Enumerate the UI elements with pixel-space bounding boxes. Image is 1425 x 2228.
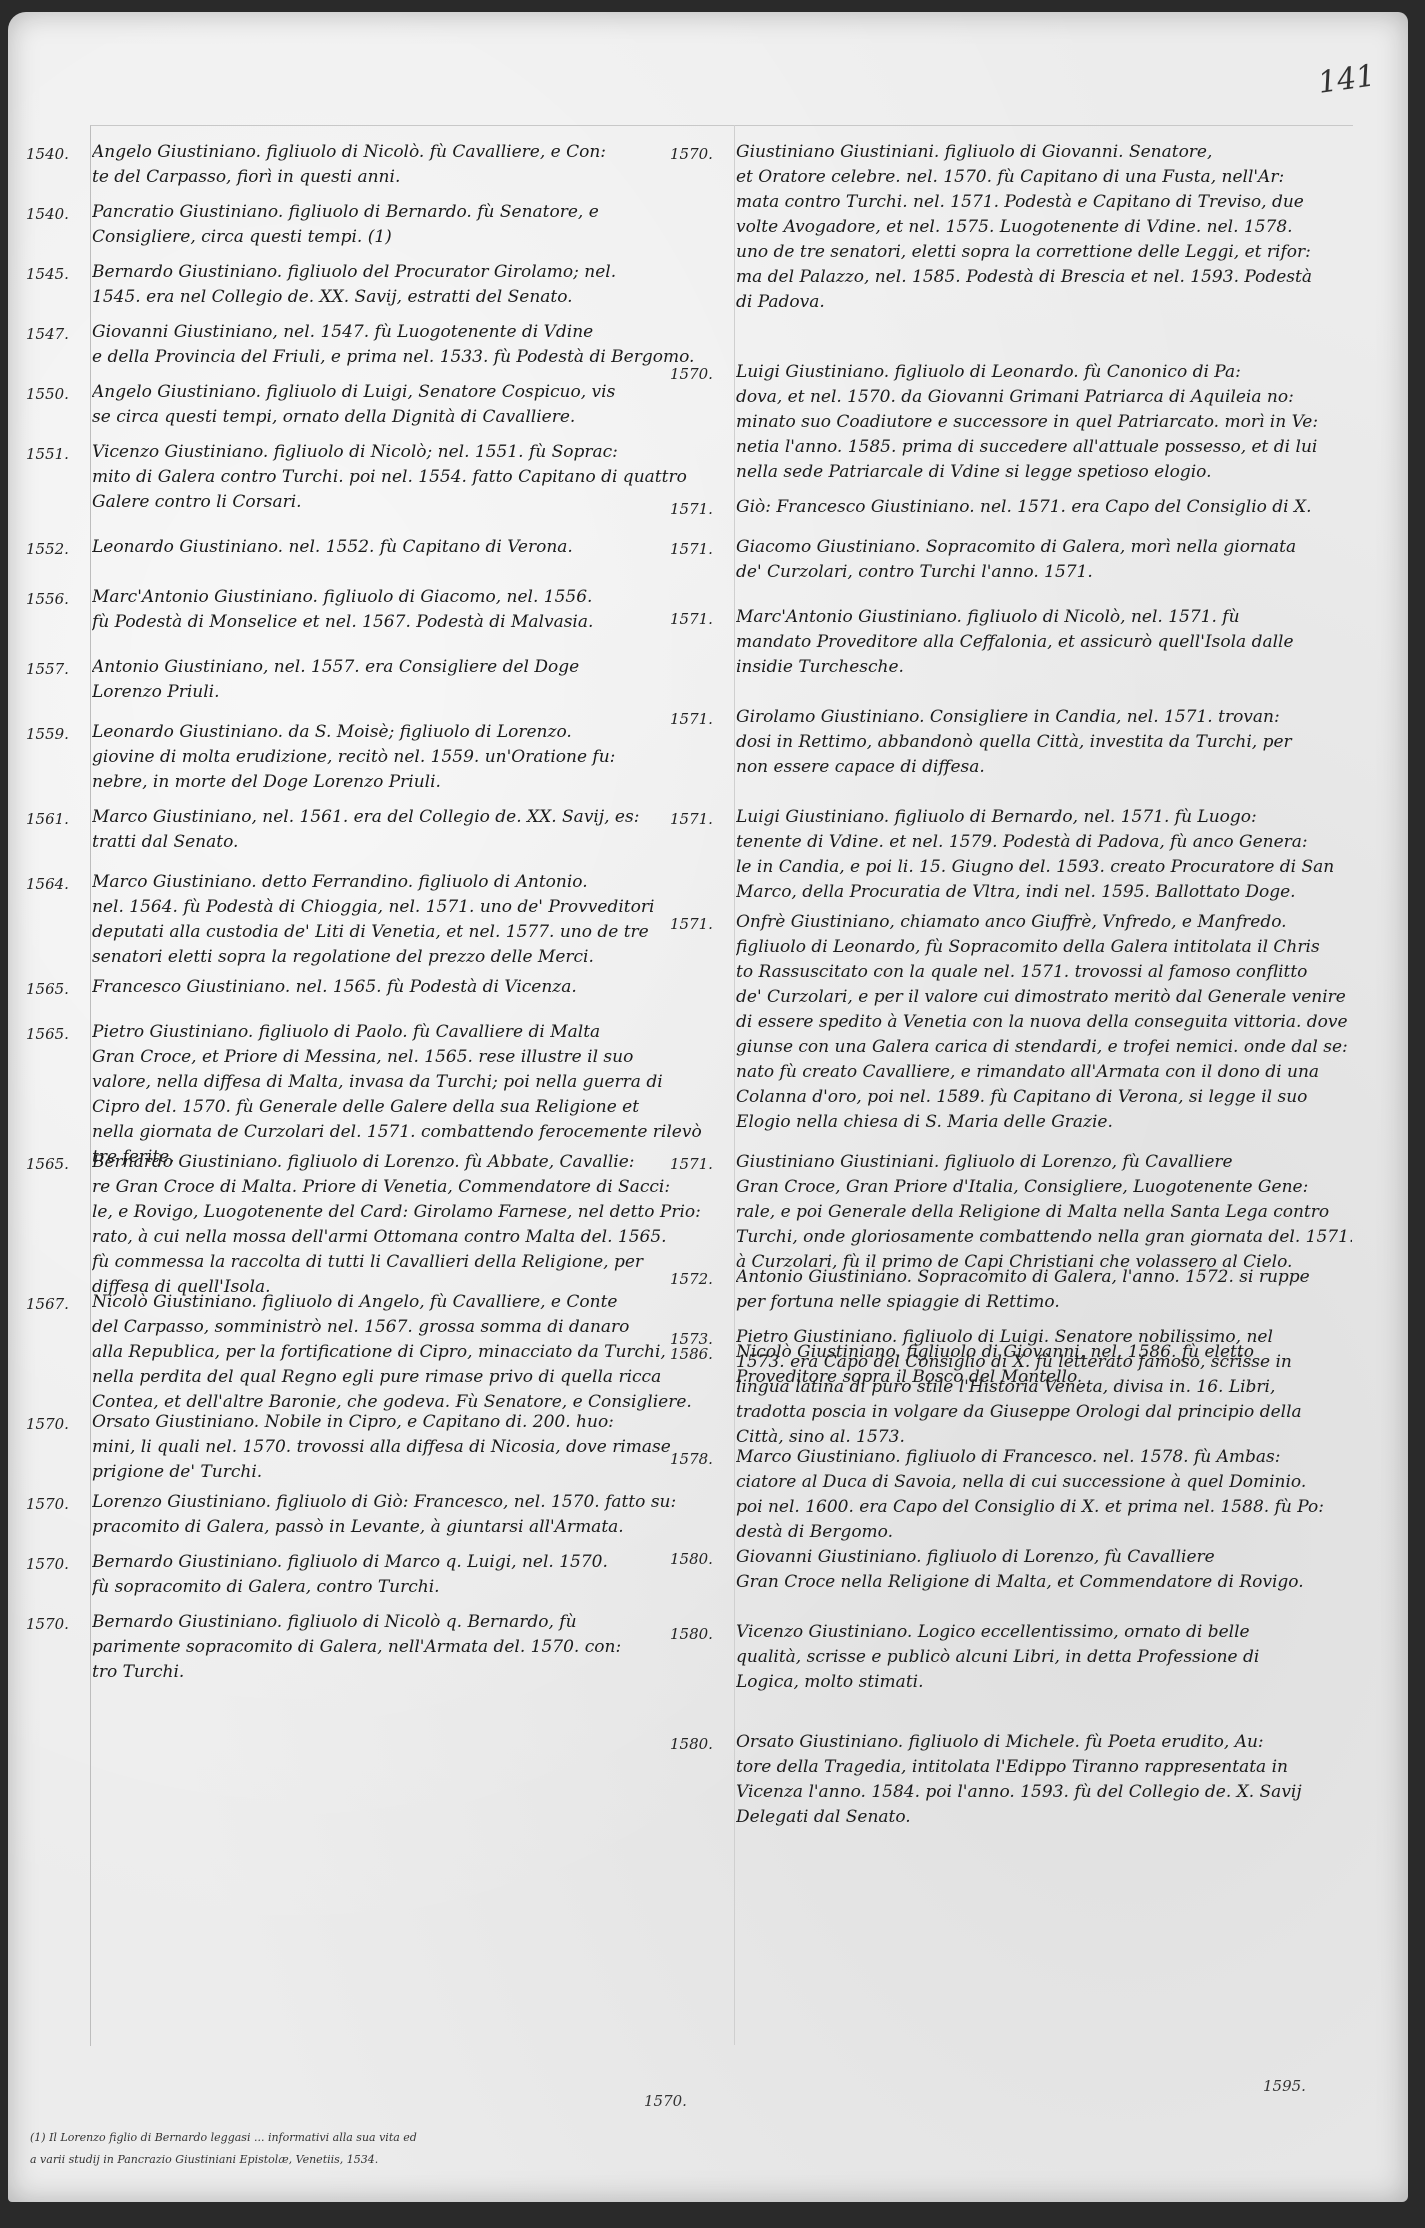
entry-year: 1571.	[670, 912, 734, 937]
entry-text: Bernardo Giustiniano. figliuolo del Proc…	[92, 260, 708, 310]
entry-line: tenente di Vdine. et nel. 1579. Podestà …	[736, 830, 1352, 855]
entry-text: Marco Giustiniano. detto Ferrandino. fig…	[92, 870, 708, 970]
entry-line: dova, et nel. 1570. da Giovanni Grimani …	[736, 385, 1352, 410]
bottom-mark-right: 1595.	[1263, 2077, 1306, 2095]
entry-year: 1550.	[26, 382, 90, 407]
entry-year: 1580.	[670, 1547, 734, 1572]
entry-text: Antonio Giustiniano, nel. 1557. era Cons…	[92, 655, 708, 705]
entry-year: 1571.	[670, 1152, 734, 1177]
entry-year: 1570.	[26, 1492, 90, 1517]
entry-text: Leonardo Giustiniano. da S. Moisè; figli…	[92, 720, 708, 795]
entry-text: Marc'Antonio Giustiniano. figliuolo di N…	[736, 605, 1352, 680]
column-divider	[734, 125, 735, 2045]
entry-line: di Padova.	[736, 290, 1352, 315]
entry-line: tradotta poscia in volgare da Giuseppe O…	[736, 1400, 1352, 1425]
entry-line: Elogio nella chiesa di S. Maria delle Gr…	[736, 1110, 1352, 1135]
entry-year: 1551.	[26, 442, 90, 467]
entry-line: alla Republica, per la fortificatione di…	[92, 1340, 708, 1365]
entry-line: pracomito di Galera, passò in Levante, à…	[92, 1515, 708, 1540]
entry-heading-line: Bernardo Giustiniano. figliuolo di Loren…	[92, 1150, 708, 1175]
entry-line: Marco, della Procuratia de Vltra, indi n…	[736, 880, 1352, 905]
entry-heading-line: Giustiniano Giustiniani. figliuolo di Gi…	[736, 140, 1352, 165]
entry-text: Bernardo Giustiniano. figliuolo di Loren…	[92, 1150, 708, 1300]
entry-text: Giustiniano Giustiniani. figliuolo di Gi…	[736, 140, 1352, 315]
entry-line: minato suo Coadiutore e successore in qu…	[736, 410, 1352, 435]
entry-year: 1540.	[26, 142, 90, 167]
entry-heading-line: Antonio Giustiniano, nel. 1557. era Cons…	[92, 655, 708, 680]
entry-line: parimente sopracomito di Galera, nell'Ar…	[92, 1635, 708, 1660]
entry-line: poi nel. 1600. era Capo del Consiglio di…	[736, 1495, 1352, 1520]
entry-line: nebre, in morte del Doge Lorenzo Priuli.	[92, 770, 708, 795]
entry-heading-line: Luigi Giustiniano. figliuolo di Leonardo…	[736, 360, 1352, 385]
entry-heading-line: Francesco Giustiniano. nel. 1565. fù Pod…	[92, 975, 708, 1000]
entry-line: te del Carpasso, fiorì in questi anni.	[92, 165, 708, 190]
entry-text: Nicolò Giustiniano. figliuolo di Giovann…	[736, 1340, 1352, 1390]
entry-text: Francesco Giustiniano. nel. 1565. fù Pod…	[92, 975, 708, 1000]
entry-line: le in Candia, e poi li. 15. Giugno del. …	[736, 855, 1352, 880]
entry-line: del Carpasso, somministrò nel. 1567. gro…	[92, 1315, 708, 1340]
entry-year: 1570.	[26, 1412, 90, 1437]
entry-year: 1570.	[26, 1552, 90, 1577]
entry-line: nella perdita del qual Regno egli pure r…	[92, 1365, 708, 1390]
entry-line: nella giornata de Curzolari del. 1571. c…	[92, 1120, 708, 1145]
entry-heading-line: Lorenzo Giustiniano. figliuolo di Giò: F…	[92, 1490, 708, 1515]
entry-text: Angelo Giustiniano. figliuolo di Nicolò.…	[92, 140, 708, 190]
entry-text: Orsato Giustiniano. figliuolo di Michele…	[736, 1730, 1352, 1830]
entry-heading-line: Pancratio Giustiniano. figliuolo di Bern…	[92, 200, 708, 225]
entry-heading-line: Vicenzo Giustiniano. Logico eccellentiss…	[736, 1620, 1352, 1645]
entry-line: valore, nella diffesa di Malta, invasa d…	[92, 1070, 708, 1095]
entry-line: Gran Croce nella Religione di Malta, et …	[736, 1570, 1352, 1595]
entry-year: 1571.	[670, 707, 734, 732]
entry-line: Delegati dal Senato.	[736, 1805, 1352, 1830]
entry-text: Giacomo Giustiniano. Sopracomito di Gale…	[736, 535, 1352, 585]
entry-line: di essere spedito à Venetia con la nuova…	[736, 1010, 1352, 1035]
entry-text: Giovanni Giustiniano. figliuolo di Loren…	[736, 1545, 1352, 1595]
entry-heading-line: Pietro Giustiniano. figliuolo di Paolo. …	[92, 1020, 708, 1045]
entry-line: fù commessa la raccolta di tutti li Cava…	[92, 1250, 708, 1275]
entry-year: 1570.	[670, 362, 734, 387]
entry-line: se circa questi tempi, ornato della Dign…	[92, 405, 708, 430]
entry-text: Angelo Giustiniano. figliuolo di Luigi, …	[92, 380, 708, 430]
entry-line: figliuolo di Leonardo, fù Sopracomito de…	[736, 935, 1352, 960]
entry-text: Giovanni Giustiniano, nel. 1547. fù Luog…	[92, 320, 708, 370]
entry-year: 1547.	[26, 322, 90, 347]
entry-year: 1580.	[670, 1732, 734, 1757]
entry-line: de' Curzolari, e per il valore cui dimos…	[736, 985, 1352, 1010]
entry-heading-line: Angelo Giustiniano. figliuolo di Nicolò.…	[92, 140, 708, 165]
entry-year: 1564.	[26, 872, 90, 897]
entry-heading-line: Girolamo Giustiniano. Consigliere in Can…	[736, 705, 1352, 730]
entry-line: Turchi, onde gloriosamente combattendo n…	[736, 1225, 1352, 1250]
entry-line: e della Provincia del Friuli, e prima ne…	[92, 345, 708, 370]
entry-line: fù Podestà di Monselice et nel. 1567. Po…	[92, 610, 708, 635]
entry-heading-line: Antonio Giustiniano. Sopracomito di Gale…	[736, 1265, 1352, 1290]
entry-line: re Gran Croce di Malta. Priore di Veneti…	[92, 1175, 708, 1200]
entry-line: to Rassuscitato con la quale nel. 1571. …	[736, 960, 1352, 985]
entry-line: 1545. era nel Collegio de. XX. Savij, es…	[92, 285, 708, 310]
entry-heading-line: Bernardo Giustiniano. figliuolo di Marco…	[92, 1550, 708, 1575]
entry-line: giovine di molta erudizione, recitò nel.…	[92, 745, 708, 770]
entry-year: 1571.	[670, 807, 734, 832]
entry-line: Cipro del. 1570. fù Generale delle Galer…	[92, 1095, 708, 1120]
entry-year: 1540.	[26, 202, 90, 227]
entry-heading-line: Bernardo Giustiniano. figliuolo del Proc…	[92, 260, 708, 285]
entry-line: mandato Proveditore alla Ceffalonia, et …	[736, 630, 1352, 655]
entry-line: deputati alla custodia de' Liti di Venet…	[92, 920, 708, 945]
entry-text: Giò: Francesco Giustiniano. nel. 1571. e…	[736, 495, 1352, 520]
entry-line: et Oratore celebre. nel. 1570. fù Capita…	[736, 165, 1352, 190]
entry-year: 1586.	[670, 1342, 734, 1367]
entry-heading-line: Marco Giustiniano. detto Ferrandino. fig…	[92, 870, 708, 895]
footnote: (1) Il Lorenzo figlio di Bernardo leggas…	[30, 2127, 730, 2171]
entry-heading-line: Vicenzo Giustiniano. figliuolo di Nicolò…	[92, 440, 708, 465]
entry-heading-line: Marc'Antonio Giustiniano. figliuolo di G…	[92, 585, 708, 610]
entry-year: 1559.	[26, 722, 90, 747]
entry-line: per fortuna nelle spiaggie di Rettimo.	[736, 1290, 1352, 1315]
entry-line: netia l'anno. 1585. prima di succedere a…	[736, 435, 1352, 460]
entry-text: Pancratio Giustiniano. figliuolo di Bern…	[92, 200, 708, 250]
entry-line: Lorenzo Priuli.	[92, 680, 708, 705]
entry-year: 1570.	[26, 1612, 90, 1637]
entry-line: rale, e poi Generale della Religione di …	[736, 1200, 1352, 1225]
entry-heading-line: Marco Giustiniano. figliuolo di Francesc…	[736, 1445, 1352, 1470]
entry-year: 1565.	[26, 1022, 90, 1047]
entry-heading-line: Giò: Francesco Giustiniano. nel. 1571. e…	[736, 495, 1352, 520]
entry-heading-line: Giustiniano Giustiniani. figliuolo di Lo…	[736, 1150, 1352, 1175]
entry-year: 1567.	[26, 1292, 90, 1317]
entry-line: volte Avogadore, et nel. 1575. Luogotene…	[736, 215, 1352, 240]
manuscript-page: 141 1540.Angelo Giustiniano. figliuolo d…	[8, 12, 1408, 2202]
entry-text: Marco Giustiniano, nel. 1561. era del Co…	[92, 805, 708, 855]
entry-text: Orsato Giustiniano. Nobile in Cipro, e C…	[92, 1410, 708, 1485]
entry-heading-line: Marc'Antonio Giustiniano. figliuolo di N…	[736, 605, 1352, 630]
entry-line: le, e Rovigo, Luogotenente del Card: Gir…	[92, 1200, 708, 1225]
entry-text: Giustiniano Giustiniani. figliuolo di Lo…	[736, 1150, 1352, 1275]
entry-line: Galere contro li Corsari.	[92, 490, 708, 515]
entry-line: mata contro Turchi. nel. 1571. Podestà e…	[736, 190, 1352, 215]
entry-year: 1570.	[670, 142, 734, 167]
entry-line: Colanna d'oro, poi nel. 1589. fù Capitan…	[736, 1085, 1352, 1110]
entry-text: Nicolò Giustiniano. figliuolo di Angelo,…	[92, 1290, 708, 1415]
entry-heading-line: Leonardo Giustiniano. nel. 1552. fù Capi…	[92, 535, 708, 560]
entry-text: Onfrè Giustiniano, chiamato anco Giuffrè…	[736, 910, 1352, 1135]
entry-text: Bernardo Giustiniano. figliuolo di Nicol…	[92, 1610, 708, 1685]
entry-line: mito di Galera contro Turchi. poi nel. 1…	[92, 465, 708, 490]
entry-text: Marc'Antonio Giustiniano. figliuolo di G…	[92, 585, 708, 635]
entry-text: Lorenzo Giustiniano. figliuolo di Giò: F…	[92, 1490, 708, 1540]
entry-year: 1557.	[26, 657, 90, 682]
entry-heading-line: Onfrè Giustiniano, chiamato anco Giuffrè…	[736, 910, 1352, 935]
entry-text: Marco Giustiniano. figliuolo di Francesc…	[736, 1445, 1352, 1545]
entry-heading-line: Nicolò Giustiniano. figliuolo di Angelo,…	[92, 1290, 708, 1315]
entry-year: 1571.	[670, 497, 734, 522]
entry-line: nel. 1564. fù Podestà di Chioggia, nel. …	[92, 895, 708, 920]
entry-line: ciatore al Duca di Savoia, nella di cui …	[736, 1470, 1352, 1495]
entry-heading-line: Marco Giustiniano, nel. 1561. era del Co…	[92, 805, 708, 830]
entry-year: 1552.	[26, 537, 90, 562]
entry-heading-line: Nicolò Giustiniano. figliuolo di Giovann…	[736, 1340, 1352, 1365]
entry-line: Vicenza l'anno. 1584. poi l'anno. 1593. …	[736, 1780, 1352, 1805]
entry-text: Antonio Giustiniano. Sopracomito di Gale…	[736, 1265, 1352, 1315]
entry-line: dosi in Rettimo, abbandonò quella Città,…	[736, 730, 1352, 755]
entry-text: Girolamo Giustiniano. Consigliere in Can…	[736, 705, 1352, 780]
entry-heading-line: Leonardo Giustiniano. da S. Moisè; figli…	[92, 720, 708, 745]
entry-text: Luigi Giustiniano. figliuolo di Bernardo…	[736, 805, 1352, 905]
entry-text: Bernardo Giustiniano. figliuolo di Marco…	[92, 1550, 708, 1600]
entry-heading-line: Giovanni Giustiniano, nel. 1547. fù Luog…	[92, 320, 708, 345]
entry-line: Gran Croce, Gran Priore d'Italia, Consig…	[736, 1175, 1352, 1200]
entry-year: 1561.	[26, 807, 90, 832]
entry-text: Leonardo Giustiniano. nel. 1552. fù Capi…	[92, 535, 708, 560]
entry-heading-line: Orsato Giustiniano. figliuolo di Michele…	[736, 1730, 1352, 1755]
entry-line: uno de tre senatori, eletti sopra la cor…	[736, 240, 1352, 265]
entry-line: senatori eletti sopra la regolatione del…	[92, 945, 708, 970]
entry-heading-line: Angelo Giustiniano. figliuolo di Luigi, …	[92, 380, 708, 405]
entry-line: ma del Palazzo, nel. 1585. Podestà di Br…	[736, 265, 1352, 290]
entry-year: 1565.	[26, 1152, 90, 1177]
entry-line: nato fù creato Cavalliere, e rimandato a…	[736, 1060, 1352, 1085]
entry-text: Vicenzo Giustiniano. figliuolo di Nicolò…	[92, 440, 708, 515]
entry-heading-line: Giovanni Giustiniano. figliuolo di Loren…	[736, 1545, 1352, 1570]
footnote-line-2: a varii studij in Pancrazio Giustiniani …	[30, 2149, 730, 2171]
page-number: 141	[1316, 58, 1378, 101]
entry-line: tore della Tragedia, intitolata l'Edippo…	[736, 1755, 1352, 1780]
entry-line: tro Turchi.	[92, 1660, 708, 1685]
entry-year: 1565.	[26, 977, 90, 1002]
entry-year: 1578.	[670, 1447, 734, 1472]
entry-year: 1580.	[670, 1622, 734, 1647]
entry-year: 1571.	[670, 537, 734, 562]
entry-line: mini, li quali nel. 1570. trovossi alla …	[92, 1435, 708, 1460]
entry-heading-line: Orsato Giustiniano. Nobile in Cipro, e C…	[92, 1410, 708, 1435]
entry-line: rato, à cui nella mossa dell'armi Ottoma…	[92, 1225, 708, 1250]
entry-line: prigione de' Turchi.	[92, 1460, 708, 1485]
entry-line: giunse con una Galera carica di stendard…	[736, 1035, 1352, 1060]
entry-line: de' Curzolari, contro Turchi l'anno. 157…	[736, 560, 1352, 585]
entry-heading-line: Luigi Giustiniano. figliuolo di Bernardo…	[736, 805, 1352, 830]
entry-year: 1545.	[26, 262, 90, 287]
entry-year: 1556.	[26, 587, 90, 612]
entry-line: destà di Bergomo.	[736, 1520, 1352, 1545]
entry-text: Vicenzo Giustiniano. Logico eccellentiss…	[736, 1620, 1352, 1695]
entry-line: nella sede Patriarcale di Vdine si legge…	[736, 460, 1352, 485]
entry-text: Pietro Giustiniano. figliuolo di Paolo. …	[92, 1020, 708, 1170]
entry-line: Gran Croce, et Priore di Messina, nel. 1…	[92, 1045, 708, 1070]
entry-line: insidie Turchesche.	[736, 655, 1352, 680]
entry-line: qualità, scrisse e publicò alcuni Libri,…	[736, 1645, 1352, 1670]
bottom-mark-left: 1570.	[644, 2092, 687, 2110]
entry-year: 1571.	[670, 607, 734, 632]
entry-line: Consigliere, circa questi tempi. (1)	[92, 225, 708, 250]
entry-heading-line: Giacomo Giustiniano. Sopracomito di Gale…	[736, 535, 1352, 560]
entry-line: Logica, molto stimati.	[736, 1670, 1352, 1695]
entry-heading-line: Bernardo Giustiniano. figliuolo di Nicol…	[92, 1610, 708, 1635]
entry-text: Luigi Giustiniano. figliuolo di Leonardo…	[736, 360, 1352, 485]
footnote-line-1: (1) Il Lorenzo figlio di Bernardo leggas…	[30, 2127, 730, 2149]
entry-year: 1572.	[670, 1267, 734, 1292]
entry-line: Proveditore sopra il Bosco del Montello.	[736, 1365, 1352, 1390]
entry-line: non essere capace di diffesa.	[736, 755, 1352, 780]
entry-line: fù sopracomito di Galera, contro Turchi.	[92, 1575, 708, 1600]
entry-line: tratti dal Senato.	[92, 830, 708, 855]
